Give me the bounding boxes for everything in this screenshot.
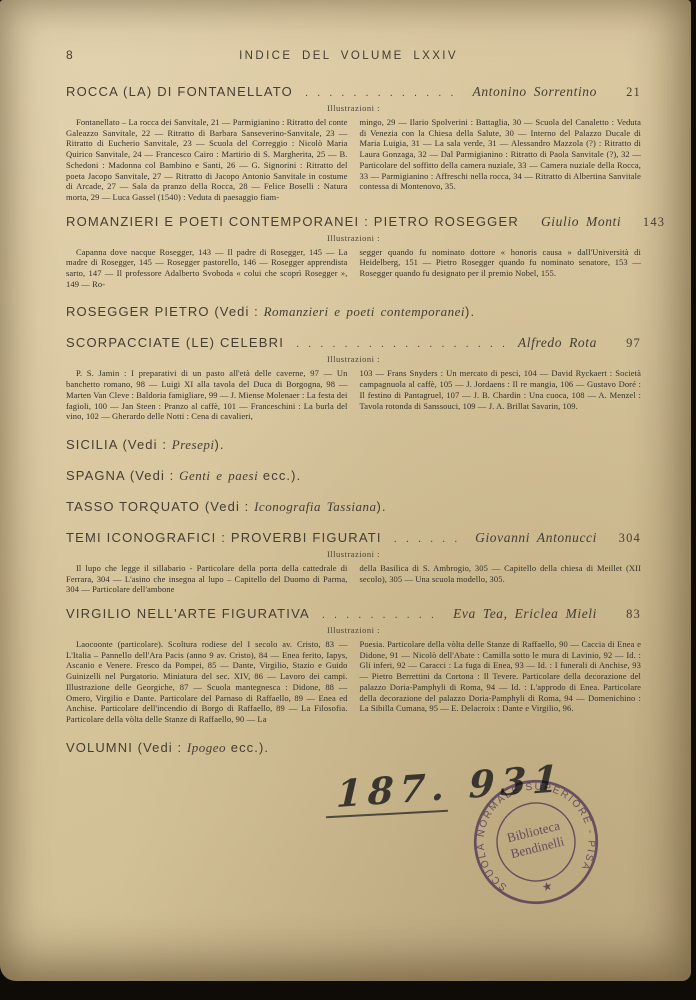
entry-title: ROMANZIERI E POETI CONTEMPORANEI : PIETR…: [66, 214, 519, 229]
crossref-suffix: ).: [465, 304, 475, 319]
crossref-target: Iconografia Tassiana: [254, 499, 376, 514]
right-column: mingo, 29 — Ilario Spolverini : Battagli…: [360, 117, 642, 203]
illustrations-list: P. S. Jamin : I preparativi di un pasto …: [66, 368, 641, 422]
entry-author: Eva Tea, Ericlea Mieli: [453, 606, 597, 622]
entry-heading: TEMI ICONOGRAFICI : PROVERBI FIGURATI . …: [66, 530, 641, 546]
left-column: Capanna dove nacque Rosegger, 143 — Il p…: [66, 247, 348, 290]
index-entry: ROCCA (LA) DI FONTANELLATO . . . . . . .…: [66, 84, 641, 203]
entry-author: Giovanni Antonucci: [475, 530, 597, 546]
stamp-star-icon: ★: [541, 879, 554, 894]
entry-heading: VIRGILIO NELL'ARTE FIGURATIVA . . . . . …: [66, 606, 641, 622]
entry-author: Alfredo Rota: [518, 335, 597, 351]
dot-leader: . . . . . . . . . . . . . . . . . . . . …: [322, 609, 443, 621]
entry-title: SCORPACCIATE (LE) CELEBRI: [66, 335, 284, 350]
entry-heading: ROCCA (LA) DI FONTANELLATO . . . . . . .…: [66, 84, 641, 100]
entry-heading: ROMANZIERI E POETI CONTEMPORANEI : PIETR…: [66, 214, 641, 230]
crossref-suffix: ecc.).: [226, 740, 269, 755]
illustrations-list: Il lupo che legge il sillabario - Partic…: [66, 563, 641, 595]
entry-page-ref: 83: [611, 607, 641, 622]
entry-page-ref: 21: [611, 85, 641, 100]
crossref-target: Presepi: [172, 437, 215, 452]
crossref-prefix: SPAGNA (Vedi :: [66, 468, 179, 483]
entry-author: Antonino Sorrentino: [472, 84, 597, 100]
entry-title: TEMI ICONOGRAFICI : PROVERBI FIGURATI: [66, 530, 382, 545]
entry-page-ref: 97: [611, 336, 641, 351]
left-column: Laocoonte (particolare). Scoltura rodies…: [66, 639, 348, 725]
crossref-prefix: ROSEGGER PIETRO (Vedi :: [66, 304, 264, 319]
illustrations-label: Illustrazioni :: [66, 103, 641, 113]
entry-author: Giulio Monti: [541, 214, 621, 230]
crossref-target: Genti e paesi: [179, 468, 258, 483]
book-page: 8 INDICE DEL VOLUME LXXIV ROCCA (LA) DI …: [0, 0, 691, 981]
cross-reference-entry: SPAGNA (Vedi : Genti e paesi ecc.).: [66, 468, 641, 484]
crossref-suffix: ).: [215, 437, 225, 452]
cross-reference-entry: SICILIA (Vedi : Presepi).: [66, 437, 641, 453]
dot-leader: . . . . . . . . . . . . . . . . . . . . …: [394, 533, 465, 545]
page-number: 8: [66, 48, 176, 62]
left-column: Il lupo che legge il sillabario - Partic…: [66, 563, 348, 595]
entry-heading: SCORPACCIATE (LE) CELEBRI . . . . . . . …: [66, 335, 641, 351]
cross-reference-entry: VOLUMNI (Vedi : Ipogeo ecc.).: [66, 740, 641, 756]
illustrations-list: Laocoonte (particolare). Scoltura rodies…: [66, 639, 641, 725]
illustrations-label: Illustrazioni :: [66, 625, 641, 635]
illustrations-label: Illustrazioni :: [66, 354, 641, 364]
dot-leader: . . . . . . . . . . . . . . . . . . . . …: [305, 87, 463, 99]
dot-leader: . . . . . . . . . . . . . . . . . . . . …: [296, 338, 508, 350]
right-column: della Basilica di S. Ambrogio, 305 — Cap…: [360, 563, 642, 595]
scanned-book-page: { "page": { "number": "8", "header": "IN…: [0, 0, 696, 1000]
crossref-suffix: ).: [377, 499, 387, 514]
entry-page-ref: 304: [611, 531, 641, 546]
crossref-prefix: SICILIA (Vedi :: [66, 437, 172, 452]
cross-reference-entry: TASSO TORQUATO (Vedi : Iconografia Tassi…: [66, 499, 641, 515]
illustrations-label: Illustrazioni :: [66, 233, 641, 243]
crossref-target: Ipogeo: [187, 740, 226, 755]
right-column: Poesia. Particolare della vòlta delle St…: [360, 639, 642, 725]
page-header: 8 INDICE DEL VOLUME LXXIV: [66, 48, 641, 62]
entry-title: ROCCA (LA) DI FONTANELLATO: [66, 84, 293, 99]
index-entry: SCORPACCIATE (LE) CELEBRI . . . . . . . …: [66, 335, 641, 422]
cross-reference-entry: ROSEGGER PIETRO (Vedi : Romanzieri e poe…: [66, 304, 641, 320]
index-entry: TEMI ICONOGRAFICI : PROVERBI FIGURATI . …: [66, 530, 641, 595]
right-column: segger quando fu nominato dottore « hono…: [360, 247, 642, 290]
illustrations-label: Illustrazioni :: [66, 549, 641, 559]
left-column: Fontanellato – La rocca dei Sanvitale, 2…: [66, 117, 348, 203]
index-entry: ROMANZIERI E POETI CONTEMPORANEI : PIETR…: [66, 214, 641, 290]
volume-index-title: INDICE DEL VOLUME LXXIV: [176, 50, 641, 62]
crossref-suffix: ecc.).: [258, 468, 301, 483]
crossref-target: Romanzieri e poeti contemporanei: [264, 304, 465, 319]
index-entry: VIRGILIO NELL'ARTE FIGURATIVA . . . . . …: [66, 606, 641, 725]
crossref-prefix: VOLUMNI (Vedi :: [66, 740, 187, 755]
entry-page-ref: 143: [635, 215, 665, 230]
right-column: 103 — Frans Snyders : Un mercato di pesc…: [360, 368, 642, 422]
entry-title: VIRGILIO NELL'ARTE FIGURATIVA: [66, 606, 310, 621]
illustrations-list: Capanna dove nacque Rosegger, 143 — Il p…: [66, 247, 641, 290]
illustrations-list: Fontanellato – La rocca dei Sanvitale, 2…: [66, 117, 641, 203]
crossref-prefix: TASSO TORQUATO (Vedi :: [66, 499, 254, 514]
left-column: P. S. Jamin : I preparativi di un pasto …: [66, 368, 348, 422]
